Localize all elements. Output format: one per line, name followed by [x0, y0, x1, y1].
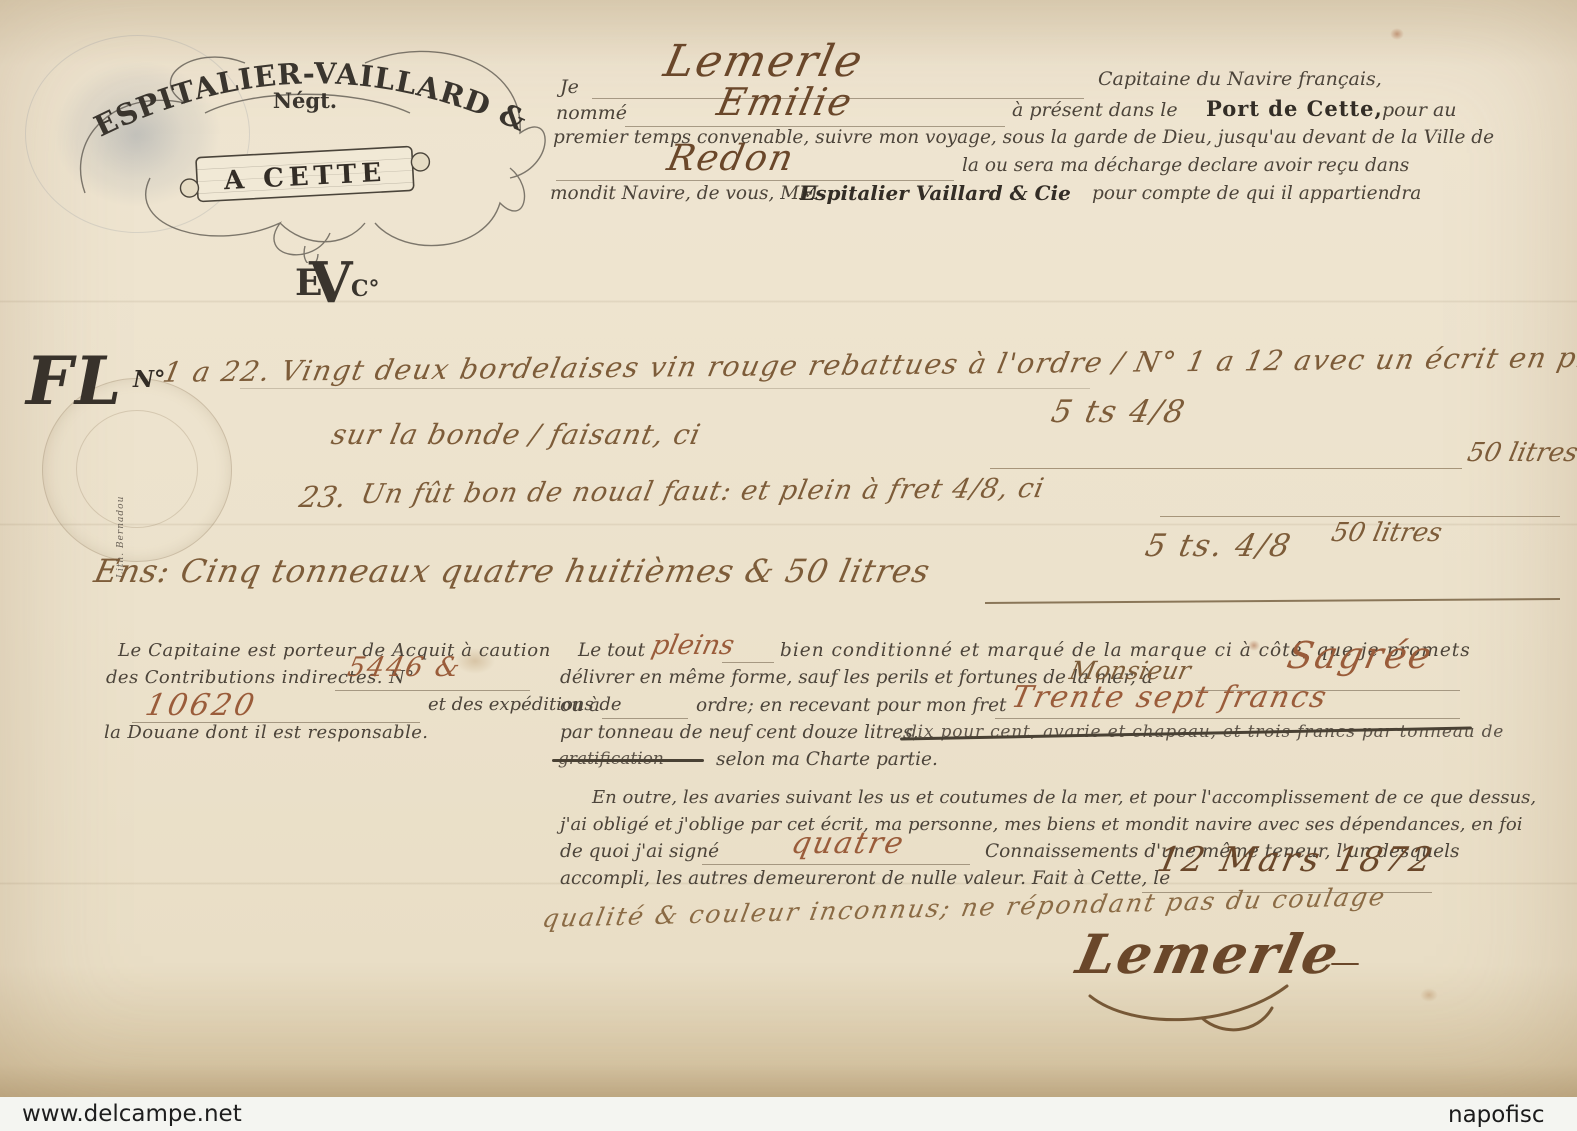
amount1-handwritten: 5 ts 4/8 — [1048, 394, 1189, 430]
city-banner: A CETTE — [179, 145, 431, 202]
pleins-handwritten: pleins — [649, 630, 737, 661]
caution-l4: la Douane dont il est responsable. — [104, 722, 428, 743]
signature-dash: — — [1330, 945, 1360, 980]
blank-line — [995, 718, 1460, 719]
cond-l4: par tonneau de neuf cent douze litres, — [560, 722, 918, 743]
line5-company: Espitalier Vaillard & Cie — [800, 181, 1071, 205]
cond-tout: Le tout — [578, 640, 645, 661]
destination-handwritten: Redon — [664, 138, 799, 179]
consignee-handwritten: Sagrée — [1283, 634, 1437, 677]
ship-name-handwritten: Emilie — [713, 80, 857, 124]
label-nomme: nommé — [556, 102, 627, 124]
blank-line — [702, 864, 970, 865]
line2-present: à présent dans le — [1012, 99, 1178, 121]
oblig-l4: accompli, les autres demeureront de null… — [560, 868, 1170, 889]
company-name-arc: ESPITALIER-VAILLARD & Cie — [55, 18, 533, 143]
paper-crease — [0, 300, 1577, 303]
litres1-handwritten: 50 litres — [1465, 438, 1577, 468]
caution-l1: Le Capitaine est porteur de Acquit à cau… — [118, 640, 551, 661]
oblig-l1: En outre, les avaries suivant les us et … — [592, 787, 1536, 808]
monogram-v: V — [309, 250, 352, 316]
oblig-l2: j'ai obligé et j'oblige par cet écrit, m… — [560, 814, 1522, 835]
scanned-document: ESPITALIER-VAILLARD & Cie Négt. A CETTE … — [0, 0, 1577, 1131]
cargo-total-handwritten: Ens: Cinq tonneaux quatre huitièmes & 50… — [91, 552, 934, 590]
line2-pourau: pour au — [1382, 99, 1457, 121]
total-line — [990, 468, 1462, 469]
cond-l3a: ou à — [560, 695, 600, 716]
blank-line — [240, 388, 1090, 389]
cargo-row3-handwritten: Un fût bon de noual faut: et plein à fre… — [358, 473, 1047, 510]
acquit-number-2: 10620 — [142, 688, 260, 723]
monogram: E V C° — [295, 250, 385, 320]
delcampe-watermark: www.delcampe.net — [22, 1101, 242, 1127]
blank-line — [602, 718, 688, 719]
paper-stain — [1420, 988, 1438, 1002]
signature-flourish — [1082, 978, 1312, 1038]
cond-l5: selon ma Charte partie. — [716, 749, 938, 770]
numero-label: N° — [133, 366, 166, 393]
paper-stain — [1390, 28, 1404, 40]
line4-end: la ou sera ma décharge declare avoir reç… — [962, 155, 1409, 176]
label-je: Je — [560, 76, 579, 98]
blank-line — [722, 662, 774, 663]
napofisc-watermark: napofisc — [1448, 1102, 1544, 1128]
blank-line — [335, 690, 530, 691]
line5-c: pour compte de qui il appartiendra — [1092, 183, 1421, 204]
litres2-handwritten: 50 litres — [1329, 518, 1445, 548]
oblig-l3a: de quoi j'ai signé — [560, 841, 719, 862]
date-handwritten: 12 Mars 1872 — [1154, 840, 1439, 880]
total-line — [1160, 516, 1560, 517]
scan-footer-band: www.delcampe.net napofisc — [0, 1097, 1577, 1131]
copies-handwritten: quatre — [788, 826, 908, 861]
cond-l3b: ordre; en recevant pour mon fret — [696, 695, 1006, 716]
shipping-mark-FL: FL — [26, 342, 123, 420]
strikethrough — [552, 759, 704, 762]
acquit-number-1: 5446 & — [345, 652, 465, 683]
cargo-row2-handwritten: sur la bonde / faisant, ci — [328, 418, 704, 451]
amount2-handwritten: 5 ts. 4/8 — [1142, 528, 1295, 564]
embossed-seal-inner — [76, 410, 198, 528]
port-de-cette: Port de Cette, — [1206, 96, 1383, 121]
monogram-c: C° — [351, 276, 380, 302]
line1-end: Capitaine du Navire français, — [1098, 68, 1382, 90]
cargo-row3-number: 23. — [296, 480, 349, 514]
letterhead-flourish: ESPITALIER-VAILLARD & Cie Négt. A CETTE — [55, 18, 555, 263]
signature: Lemerle — [1071, 922, 1346, 986]
negociant-title: Négt. — [273, 88, 337, 113]
line5-a: mondit Navire, de vous, MM — [550, 183, 818, 204]
freight-handwritten: Trente sept francs — [1008, 680, 1331, 715]
